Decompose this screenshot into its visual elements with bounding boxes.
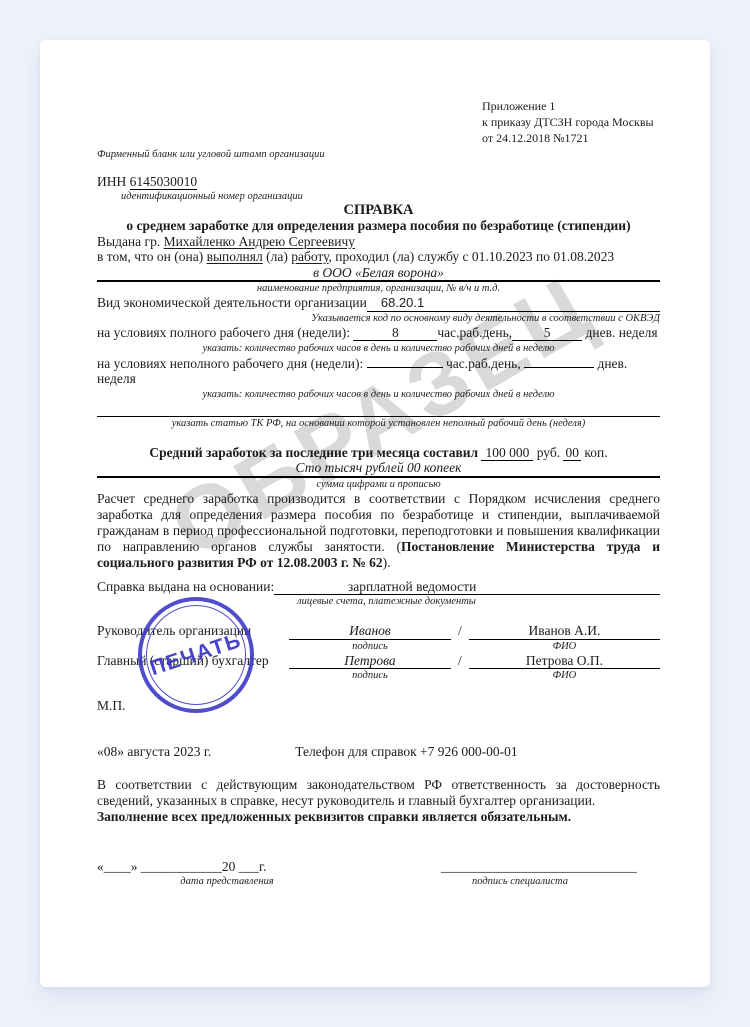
issued-line: Выдана гр. Михайленко Андрею Сергеевичу — [97, 234, 660, 250]
document-title: СПРАВКА — [97, 203, 660, 219]
part-day-label: на условиях неполного рабочего дня (неде… — [97, 356, 363, 371]
round-stamp: ПЕЧАТЬ — [138, 597, 254, 713]
tk-article-caption: указать статью ТК РФ, на основании котор… — [97, 417, 660, 430]
presentation-date-caption: дата представления — [97, 875, 322, 888]
basis-label: Справка выдана на основании: — [97, 579, 274, 595]
inn-label: ИНН — [97, 174, 126, 189]
average-kop-label: коп. — [584, 445, 607, 460]
inn-value: 6145030010 — [130, 174, 198, 190]
accountant-signature-caption: подпись — [289, 669, 451, 682]
work-part1: в том, что он (она) — [97, 249, 203, 264]
okved-line: Вид экономической деятельности организац… — [97, 295, 660, 312]
specialist-signature-blank: _____________________________ — [441, 859, 637, 875]
disclaimer-paragraph: В соответствии с действующим законодател… — [97, 777, 660, 809]
full-day-mid: час.раб.день, — [437, 325, 512, 340]
presentation-date-blank: «____» ____________20 ___г. — [97, 859, 407, 875]
part-day-line: на условиях неполного рабочего дня (неде… — [97, 356, 660, 387]
average-earnings-line: Средний заработок за последние три месяц… — [97, 445, 660, 461]
part-day-days-field — [524, 367, 594, 368]
work-line: в том, что он (она) выполнял (ла) работу… — [97, 249, 660, 265]
director-slash: / — [451, 623, 469, 639]
letterhead-note: Фирменный бланк или угловой штамп органи… — [97, 148, 660, 161]
work-part2: (ла) — [266, 249, 288, 264]
director-signature-caption: подпись — [289, 640, 451, 653]
organization-caption: наименование предприятия, организации, №… — [97, 282, 660, 295]
appendix-line-1: Приложение 1 — [482, 98, 660, 114]
calculation-paragraph: Расчет среднего заработка производится в… — [97, 491, 660, 571]
average-rub-label: руб. — [537, 445, 560, 460]
basis-line: Справка выдана на основании: зарплатной … — [97, 579, 660, 596]
inn-line: ИНН 6145030010 — [97, 174, 660, 190]
full-day-label: на условиях полного рабочего дня (недели… — [97, 325, 350, 340]
basis-value-field: зарплатной ведомости — [274, 579, 660, 596]
full-day-caption: указать: количество рабочих часов в день… — [97, 342, 660, 355]
issued-prefix: Выдана гр. — [97, 234, 160, 249]
app-background: { "watermark": "ОБРАЗЕЦ", "stamp_text": … — [0, 0, 750, 1027]
specialist-signature-caption: подпись специалиста — [472, 875, 568, 888]
footer-captions-row: дата представления подпись специалиста — [97, 875, 660, 888]
full-day-tail: днев. неделя — [586, 325, 658, 340]
accountant-signature-field: Петрова — [289, 653, 451, 670]
disclaimer-text: В соответствии с действующим законодател… — [97, 777, 660, 808]
work-part3: , проходил (ла) службу с 01.10.2023 по 0… — [329, 249, 615, 264]
work-object: работу — [291, 249, 328, 264]
average-amount-field: 100 000 — [481, 445, 533, 461]
tk-article-blank-line — [97, 401, 660, 417]
disclaimer-bold: Заполнение всех предложенных реквизитов … — [97, 809, 660, 825]
accountant-name-caption: ФИО — [469, 669, 660, 682]
full-day-line: на условиях полного рабочего дня (недели… — [97, 325, 660, 341]
document-subtitle: о среднем заработке для определения разм… — [97, 218, 660, 234]
calculation-tail: ). — [383, 555, 391, 570]
amount-caption: сумма цифрами и прописью — [97, 478, 660, 491]
footer-row: «____» ____________20 ___г. ____________… — [97, 859, 660, 875]
amount-in-words: Сто тысяч рублей 00 копеек — [97, 460, 660, 478]
average-kopeck-field: 00 — [563, 445, 581, 461]
full-day-days-field: 5 — [512, 326, 582, 341]
date-phone-row: «08» августа 2023 г. Телефон для справок… — [97, 744, 660, 760]
document-content: Приложение 1 к приказу ДТСЗН города Моск… — [97, 98, 660, 888]
organization-name: в ООО «Белая ворона» — [97, 265, 660, 283]
part-day-mid: час.раб.день, — [446, 356, 521, 371]
appendix-line-2: к приказу ДТСЗН города Москвы — [482, 114, 660, 130]
issued-name: Михайленко Андрею Сергеевичу — [164, 234, 355, 249]
appendix-line-3: от 24.12.2018 №1721 — [482, 130, 660, 146]
average-earnings-text: Средний заработок за последние три месяц… — [149, 445, 478, 460]
director-signature-field: Иванов — [289, 623, 451, 640]
accountant-slash: / — [451, 653, 469, 669]
work-verb: выполнял — [207, 249, 263, 264]
part-day-caption: указать: количество рабочих часов в день… — [97, 388, 660, 401]
full-day-hours-field: 8 — [353, 326, 437, 341]
okved-value: 68.20.1 — [367, 295, 660, 312]
document-page: ОБРАЗЕЦ Приложение 1 к приказу ДТСЗН гор… — [40, 40, 710, 987]
director-name-field: Иванов А.И. — [469, 623, 660, 640]
part-day-hours-field — [367, 367, 443, 368]
phone-for-inquiries: Телефон для справок +7 926 000-00-01 — [295, 744, 517, 760]
okved-caption: Указывается код по основному виду деятел… — [97, 312, 660, 325]
issue-date: «08» августа 2023 г. — [97, 744, 211, 760]
inn-caption: идентификационный номер организации — [121, 190, 660, 203]
director-name-caption: ФИО — [469, 640, 660, 653]
accountant-name-field: Петрова О.П. — [469, 653, 660, 670]
appendix-block: Приложение 1 к приказу ДТСЗН города Моск… — [482, 98, 660, 146]
okved-label: Вид экономической деятельности организац… — [97, 295, 367, 311]
